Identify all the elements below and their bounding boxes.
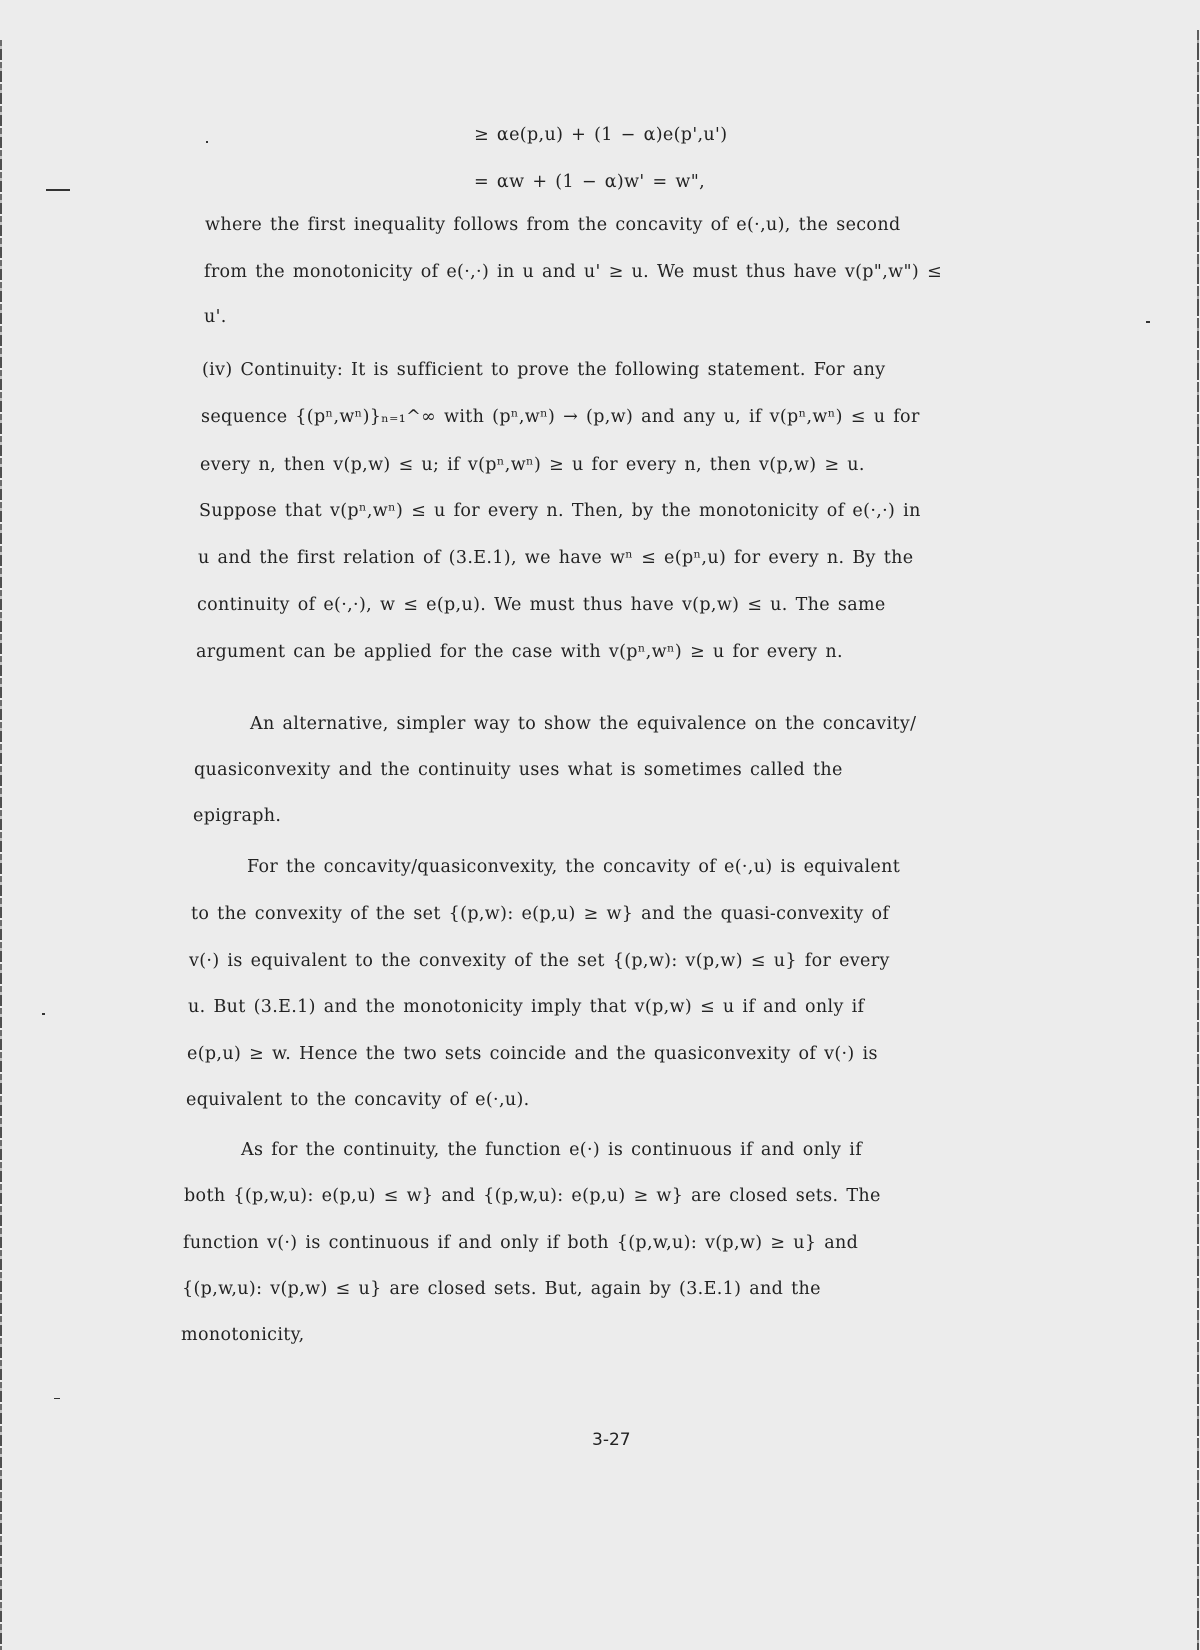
text-line: As for the continuity, the function e(·)…	[241, 1139, 862, 1161]
text-line: u'.	[204, 306, 227, 328]
page-number: 3-27	[592, 1430, 631, 1450]
equation-line-1: ≥ αe(p,u) + (1 − α)e(p',u')	[474, 124, 727, 146]
text-line: sequence {(pⁿ,wⁿ)}ₙ₌₁^∞ with (pⁿ,wⁿ) → (…	[201, 406, 920, 428]
text-line: function v(·) is continuous if and only …	[183, 1232, 858, 1254]
text-line: from the monotonicity of e(·,·) in u and…	[204, 261, 942, 283]
text-line: For the concavity/quasiconvexity, the co…	[247, 856, 900, 878]
text-line: continuity of e(·,·), w ≤ e(p,u). We mus…	[197, 594, 886, 616]
text-line: u. But (3.E.1) and the monotonicity impl…	[188, 996, 864, 1018]
scan-edge-right	[1197, 30, 1199, 1650]
text-line: where the first inequality follows from …	[205, 214, 901, 236]
scan-speck	[42, 1013, 45, 1015]
scan-speck	[46, 189, 70, 191]
scan-speck	[54, 1398, 60, 1399]
scan-speck	[1146, 321, 1150, 323]
text-line: argument can be applied for the case wit…	[196, 641, 843, 663]
text-line: e(p,u) ≥ w. Hence the two sets coincide …	[187, 1043, 878, 1065]
text-line: Suppose that v(pⁿ,wⁿ) ≤ u for every n. T…	[199, 500, 921, 522]
scan-edge-left	[0, 40, 2, 1650]
text-line: (iv) Continuity: It is sufficient to pro…	[202, 359, 885, 381]
equation-line-2: = αw + (1 − α)w' = w",	[474, 171, 705, 193]
text-line: An alternative, simpler way to show the …	[250, 713, 916, 735]
text-line: v(·) is equivalent to the convexity of t…	[189, 950, 890, 972]
text-line: monotonicity,	[181, 1324, 304, 1346]
text-line: epigraph.	[193, 805, 281, 827]
text-line: both {(p,w,u): e(p,u) ≤ w} and {(p,w,u):…	[184, 1185, 881, 1207]
text-line: equivalent to the concavity of e(·,u).	[186, 1089, 530, 1111]
text-line: every n, then v(p,w) ≤ u; if v(pⁿ,wⁿ) ≥ …	[200, 454, 865, 476]
text-line: quasiconvexity and the continuity uses w…	[194, 759, 843, 781]
text-line: u and the first relation of (3.E.1), we …	[198, 547, 913, 569]
text-line: to the convexity of the set {(p,w): e(p,…	[191, 903, 889, 925]
scan-speck	[206, 141, 208, 143]
text-line: {(p,w,u): v(p,w) ≤ u} are closed sets. B…	[182, 1278, 821, 1300]
